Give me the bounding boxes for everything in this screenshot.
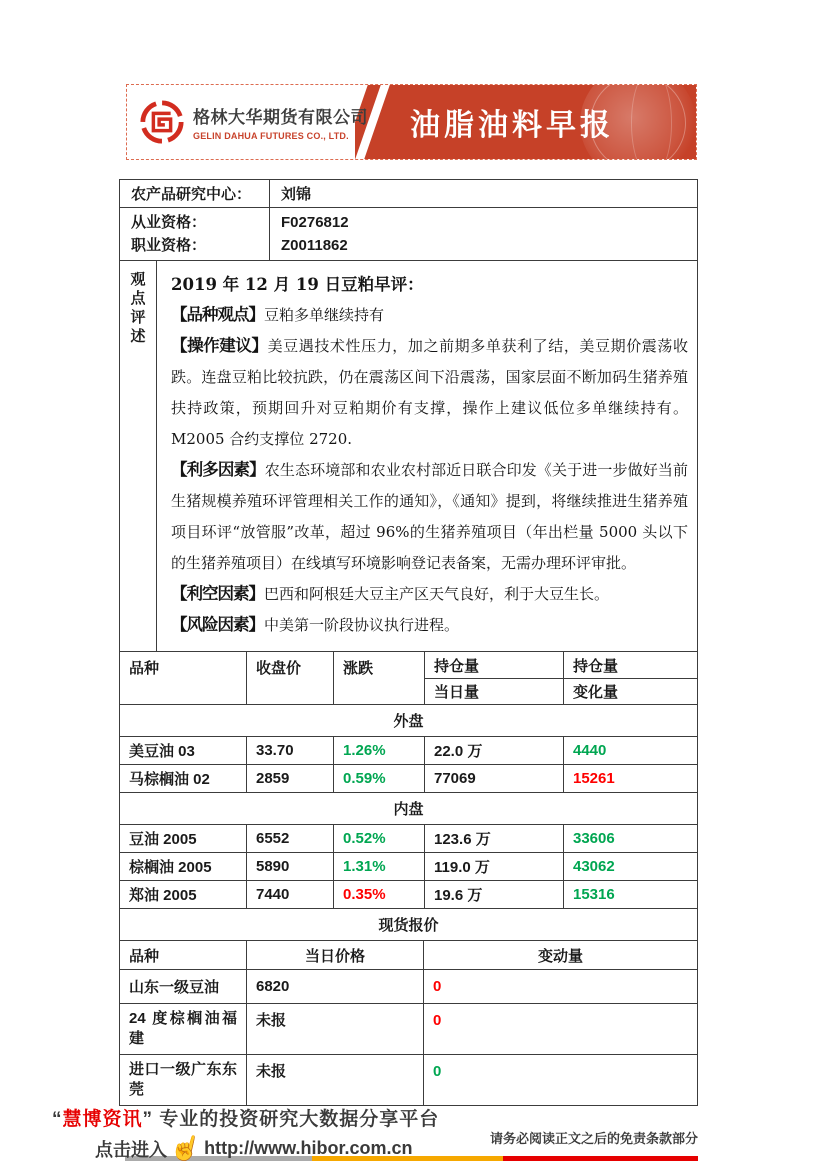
oi-change-value: 15316 [573, 886, 615, 903]
side-char: 述 [130, 327, 145, 346]
header-open-interest-2: 持仓量 [564, 652, 698, 679]
paragraph-risk-factors: 【风险因素】中美第一阶段协议执行进程。 [171, 610, 688, 641]
spot-header-row: 品种 当日价格 变动量 [120, 941, 698, 970]
section-row-domestic: 内盘 [120, 793, 698, 825]
header-variety: 品种 [120, 941, 247, 970]
commodity-name: 棕榈油 2005 [120, 853, 247, 881]
paragraph-tag: 【品种观点】 [171, 306, 264, 324]
spot-change-value: 0 [433, 1063, 441, 1080]
table-row: 棕榈油 2005 5890 1.31% 119.0 万 43062 [120, 853, 698, 881]
spot-price: 6820 [247, 970, 424, 1004]
change-percent: 0.59% [334, 765, 425, 793]
table-row: 美豆油 03 33.70 1.26% 22.0 万 4440 [120, 737, 698, 765]
hibor-link[interactable]: 点击进入 ☝ http://www.hibor.com.cn [95, 1134, 439, 1163]
open-interest-change: 15316 [564, 881, 698, 909]
company-name-en: GELIN DAHUA FUTURES CO., LTD. [193, 131, 368, 141]
paragraph-text: 豆粕多单继续持有 [264, 306, 384, 324]
paragraph-text: 中美第一阶段协议执行进程。 [264, 616, 459, 634]
analyst-info-table: 农产品研究中心： 刘锦 从业资格： 职业资格： F0276812 Z001186… [119, 179, 698, 261]
paragraph-text: 巴西和阿根廷大豆主产区天气良好，利于大豆生长。 [264, 585, 609, 603]
change-value: 0.59% [343, 770, 386, 787]
open-interest-change: 43062 [564, 853, 698, 881]
table-row: 郑油 2005 7440 0.35% 19.6 万 15316 [120, 881, 698, 909]
change-percent: 0.52% [334, 825, 425, 853]
open-interest: 22.0 万 [425, 737, 564, 765]
hand-pointer-icon: ☝ [167, 1131, 204, 1167]
profession-cert-value: Z0011862 [281, 234, 686, 257]
spot-table: 现货报价 品种 当日价格 变动量 山东一级豆油 6820 0 24 度棕榈油福建… [119, 908, 698, 1106]
paragraph-tag: 【操作建议】 [171, 337, 268, 355]
open-interest: 77069 [425, 765, 564, 793]
commodity-name: 马棕榈油 02 [120, 765, 247, 793]
commodity-name: 郑油 2005 [120, 881, 247, 909]
section-title: 外盘 [120, 705, 698, 737]
table-row: 农产品研究中心： 刘锦 [120, 180, 698, 208]
qualification-values: F0276812 Z0011862 [270, 208, 698, 261]
header-daily-price: 当日价格 [247, 941, 424, 970]
paragraph-variety-view: 【品种观点】豆粕多单继续持有 [171, 300, 688, 331]
quote-open: “ [52, 1109, 63, 1130]
header-variety: 品种 [120, 652, 247, 705]
company-block: 格林大华期货有限公司 GELIN DAHUA FUTURES CO., LTD. [127, 85, 355, 159]
quote-close: ” [143, 1109, 154, 1130]
subheader-change-volume: 变化量 [564, 679, 698, 705]
open-interest: 123.6 万 [425, 825, 564, 853]
brand-line: “慧博资讯” 专业的投资研究大数据分享平台 [52, 1104, 439, 1131]
close-price: 33.70 [247, 737, 334, 765]
header-open-interest: 持仓量 [425, 652, 564, 679]
spot-change: 0 [424, 1055, 698, 1106]
side-char: 评 [130, 308, 145, 327]
spot-change-value: 0 [433, 978, 441, 995]
table-row: 山东一级豆油 6820 0 [120, 970, 698, 1004]
section-row-external: 外盘 [120, 705, 698, 737]
change-value: 1.31% [343, 858, 386, 875]
section-title: 现货报价 [120, 909, 698, 941]
oi-change-value: 15261 [573, 770, 615, 787]
open-interest: 19.6 万 [425, 881, 564, 909]
practice-cert-label: 从业资格： [131, 211, 258, 234]
spot-change: 0 [424, 970, 698, 1004]
header-change: 涨跌 [334, 652, 425, 705]
spot-name: 24 度棕榈油福建 [120, 1004, 247, 1055]
side-char: 点 [130, 289, 145, 308]
table-row: 豆油 2005 6552 0.52% 123.6 万 33606 [120, 825, 698, 853]
table-row: 从业资格： 职业资格： F0276812 Z0011862 [120, 208, 698, 261]
change-value: 0.52% [343, 830, 386, 847]
header-close: 收盘价 [247, 652, 334, 705]
open-interest: 119.0 万 [425, 853, 564, 881]
change-percent: 1.26% [334, 737, 425, 765]
analyst-name: 刘锦 [270, 180, 698, 208]
oi-change-value: 4440 [573, 742, 606, 759]
company-logo-icon [139, 99, 185, 145]
spot-change-value: 0 [433, 1012, 441, 1029]
subheader-daily-volume: 当日量 [425, 679, 564, 705]
profession-cert-label: 职业资格： [131, 234, 258, 257]
divider-red-segment [503, 1156, 698, 1161]
qualification-labels: 从业资格： 职业资格： [120, 208, 270, 261]
paragraph-tag: 【风险因素】 [171, 616, 264, 634]
change-percent: 1.31% [334, 853, 425, 881]
change-value: 0.35% [343, 886, 386, 903]
spot-name: 进口一级广东东莞 [120, 1055, 247, 1106]
close-price: 2859 [247, 765, 334, 793]
commentary-date-line: 2019 年 12 月 19 日豆粕早评： [171, 269, 688, 300]
header-change-volume: 变动量 [424, 941, 698, 970]
header-banner: 格林大华期货有限公司 GELIN DAHUA FUTURES CO., LTD.… [126, 84, 697, 160]
open-interest-change: 33606 [564, 825, 698, 853]
brand-name: 慧博资讯 [63, 1109, 143, 1130]
futures-table: 品种 收盘价 涨跌 持仓量 持仓量 当日量 变化量 外盘 美豆油 03 33.7… [119, 651, 698, 909]
change-value: 1.26% [343, 742, 386, 759]
hibor-url[interactable]: http://www.hibor.com.cn [204, 1138, 412, 1159]
paragraph-bearish-factors: 【利空因素】巴西和阿根廷大豆主产区天气良好，利于大豆生长。 [171, 579, 688, 610]
side-char: 观 [130, 270, 145, 289]
futures-header-row: 品种 收盘价 涨跌 持仓量 持仓量 [120, 652, 698, 679]
paragraph-tag: 【利多因素】 [171, 461, 265, 479]
table-row: 马棕榈油 02 2859 0.59% 77069 15261 [120, 765, 698, 793]
spot-price: 未报 [247, 1055, 424, 1106]
hibor-branding: “慧博资讯” 专业的投资研究大数据分享平台 点击进入 ☝ http://www.… [52, 1104, 439, 1163]
open-interest-change: 4440 [564, 737, 698, 765]
practice-cert-value: F0276812 [281, 211, 686, 234]
opinion-content: 2019 年 12 月 19 日豆粕早评： 【品种观点】豆粕多单继续持有 【操作… [157, 261, 697, 651]
paragraph-tag: 【利空因素】 [171, 585, 264, 603]
click-enter-label[interactable]: 点击进入 [95, 1136, 167, 1162]
section-row-spot: 现货报价 [120, 909, 698, 941]
close-price: 5890 [247, 853, 334, 881]
section-title: 内盘 [120, 793, 698, 825]
report-title: 油脂油料早报 [410, 100, 614, 144]
report-page: 格林大华期货有限公司 GELIN DAHUA FUTURES CO., LTD.… [119, 84, 698, 1161]
close-price: 6552 [247, 825, 334, 853]
brand-tagline: 专业的投资研究大数据分享平台 [159, 1109, 439, 1130]
spot-price: 未报 [247, 1004, 424, 1055]
close-price: 7440 [247, 881, 334, 909]
commodity-name: 豆油 2005 [120, 825, 247, 853]
paragraph-bullish-factors: 【利多因素】农生态环境部和农业农村部近日联合印发《关于进一步做好当前生猪规模养殖… [171, 455, 688, 579]
company-names: 格林大华期货有限公司 GELIN DAHUA FUTURES CO., LTD. [193, 103, 368, 141]
company-name-cn: 格林大华期货有限公司 [193, 103, 368, 128]
change-percent: 0.35% [334, 881, 425, 909]
opinion-side-label: 观 点 评 述 [120, 261, 157, 651]
table-row: 进口一级广东东莞 未报 0 [120, 1055, 698, 1106]
analyst-center-label: 农产品研究中心： [120, 180, 270, 208]
spot-name: 山东一级豆油 [120, 970, 247, 1004]
paragraph-operation-advice: 【操作建议】美豆遇技术性压力，加之前期多单获利了结，美豆期价震荡收跌。连盘豆粕比… [171, 331, 688, 455]
oi-change-value: 33606 [573, 830, 615, 847]
open-interest-change: 15261 [564, 765, 698, 793]
oi-change-value: 43062 [573, 858, 615, 875]
commodity-name: 美豆油 03 [120, 737, 247, 765]
opinion-section: 观 点 评 述 2019 年 12 月 19 日豆粕早评： 【品种观点】豆粕多单… [119, 260, 698, 652]
table-row: 24 度棕榈油福建 未报 0 [120, 1004, 698, 1055]
spot-change: 0 [424, 1004, 698, 1055]
